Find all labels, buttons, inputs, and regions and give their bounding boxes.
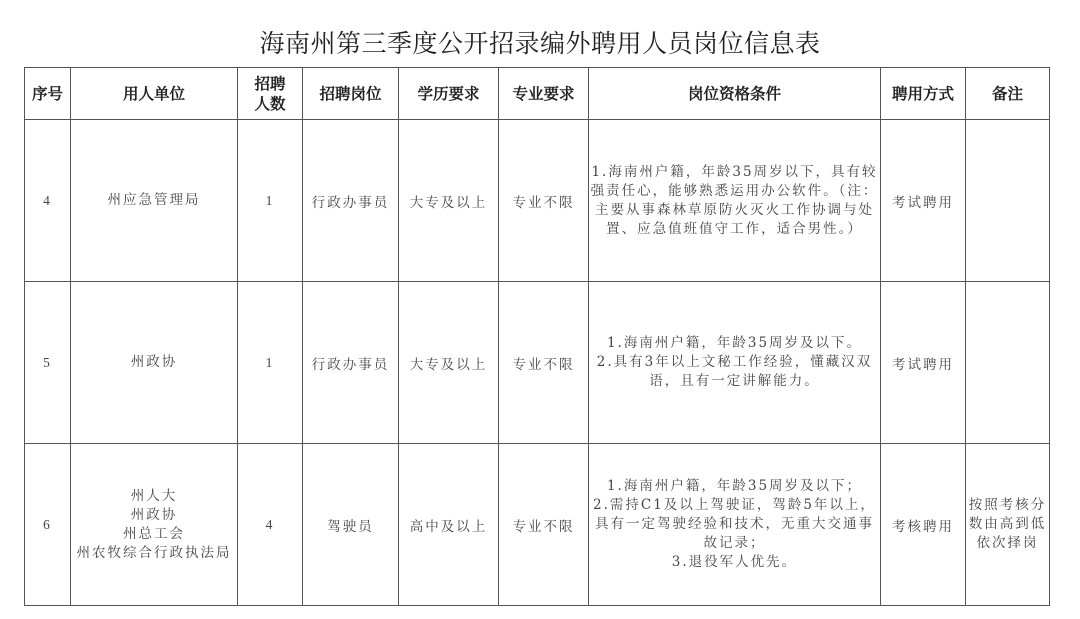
unit-line: 州人大 bbox=[71, 487, 237, 506]
cell-remark bbox=[966, 120, 1050, 282]
cell-education: 大专及以上 bbox=[399, 282, 499, 444]
cell-major: 专业不限 bbox=[499, 120, 589, 282]
cell-seq: 5 bbox=[25, 282, 71, 444]
cell-count: 1 bbox=[238, 120, 303, 282]
header-seq: 序号 bbox=[25, 68, 71, 120]
unit-line: 州政协 bbox=[71, 506, 237, 525]
header-position: 招聘岗位 bbox=[303, 68, 399, 120]
header-count-line1: 招聘 bbox=[238, 74, 302, 94]
header-remark: 备注 bbox=[966, 68, 1050, 120]
header-unit: 用人单位 bbox=[71, 68, 238, 120]
qualification-text: 1.海南州户籍，年龄35周岁以下，具有较强责任心，能够熟悉运用办公软件。（注：主… bbox=[589, 163, 880, 239]
cell-qualification: 1.海南州户籍，年龄35周岁以下，具有较强责任心，能够熟悉运用办公软件。（注：主… bbox=[589, 120, 881, 282]
qualification-text: 1.海南州户籍，年龄35周岁及以下； 2.需持C1及以上驾驶证，驾龄5年以上，具… bbox=[589, 477, 880, 572]
cell-education: 大专及以上 bbox=[399, 120, 499, 282]
cell-qualification: 1.海南州户籍，年龄35周岁及以下。 2.具有3年以上文秘工作经验，懂藏汉双语，… bbox=[589, 282, 881, 444]
cell-count: 1 bbox=[238, 282, 303, 444]
unit-line: 州政协 bbox=[71, 353, 237, 372]
cell-major: 专业不限 bbox=[499, 444, 589, 606]
table-row: 4 州应急管理局 1 行政办事员 大专及以上 专业不限 1.海南州户籍，年龄35… bbox=[25, 120, 1050, 282]
table-row: 6 州人大 州政协 州总工会 州农牧综合行政执法局 4 驾驶员 高中及以上 专业… bbox=[25, 444, 1050, 606]
cell-unit: 州政协 bbox=[71, 282, 238, 444]
header-qualification: 岗位资格条件 bbox=[589, 68, 881, 120]
cell-seq: 6 bbox=[25, 444, 71, 606]
unit-line: 州应急管理局 bbox=[71, 191, 237, 210]
header-major: 专业要求 bbox=[499, 68, 589, 120]
cell-remark bbox=[966, 282, 1050, 444]
unit-line: 州农牧综合行政执法局 bbox=[71, 544, 237, 563]
cell-remark: 按照考核分数由高到低依次择岗 bbox=[966, 444, 1050, 606]
cell-unit: 州应急管理局 bbox=[71, 120, 238, 282]
cell-unit: 州人大 州政协 州总工会 州农牧综合行政执法局 bbox=[71, 444, 238, 606]
qualification-text: 1.海南州户籍，年龄35周岁及以下。 2.具有3年以上文秘工作经验，懂藏汉双语，… bbox=[589, 334, 880, 391]
table-row: 5 州政协 1 行政办事员 大专及以上 专业不限 1.海南州户籍，年龄35周岁及… bbox=[25, 282, 1050, 444]
positions-table: 序号 用人单位 招聘 人数 招聘岗位 学历要求 专业要求 岗位资格条件 聘用方式… bbox=[24, 67, 1050, 606]
cell-method: 考试聘用 bbox=[881, 282, 966, 444]
cell-position: 行政办事员 bbox=[303, 282, 399, 444]
cell-qualification: 1.海南州户籍，年龄35周岁及以下； 2.需持C1及以上驾驶证，驾龄5年以上，具… bbox=[589, 444, 881, 606]
header-count-line2: 人数 bbox=[238, 94, 302, 114]
cell-position: 行政办事员 bbox=[303, 120, 399, 282]
document-title: 海南州第三季度公开招录编外聘用人员岗位信息表 bbox=[0, 24, 1080, 60]
cell-education: 高中及以上 bbox=[399, 444, 499, 606]
header-method: 聘用方式 bbox=[881, 68, 966, 120]
cell-position: 驾驶员 bbox=[303, 444, 399, 606]
cell-count: 4 bbox=[238, 444, 303, 606]
header-row: 序号 用人单位 招聘 人数 招聘岗位 学历要求 专业要求 岗位资格条件 聘用方式… bbox=[25, 68, 1050, 120]
header-count: 招聘 人数 bbox=[238, 68, 303, 120]
cell-method: 考试聘用 bbox=[881, 120, 966, 282]
cell-method: 考核聘用 bbox=[881, 444, 966, 606]
header-education: 学历要求 bbox=[399, 68, 499, 120]
cell-seq: 4 bbox=[25, 120, 71, 282]
unit-line: 州总工会 bbox=[71, 525, 237, 544]
cell-major: 专业不限 bbox=[499, 282, 589, 444]
